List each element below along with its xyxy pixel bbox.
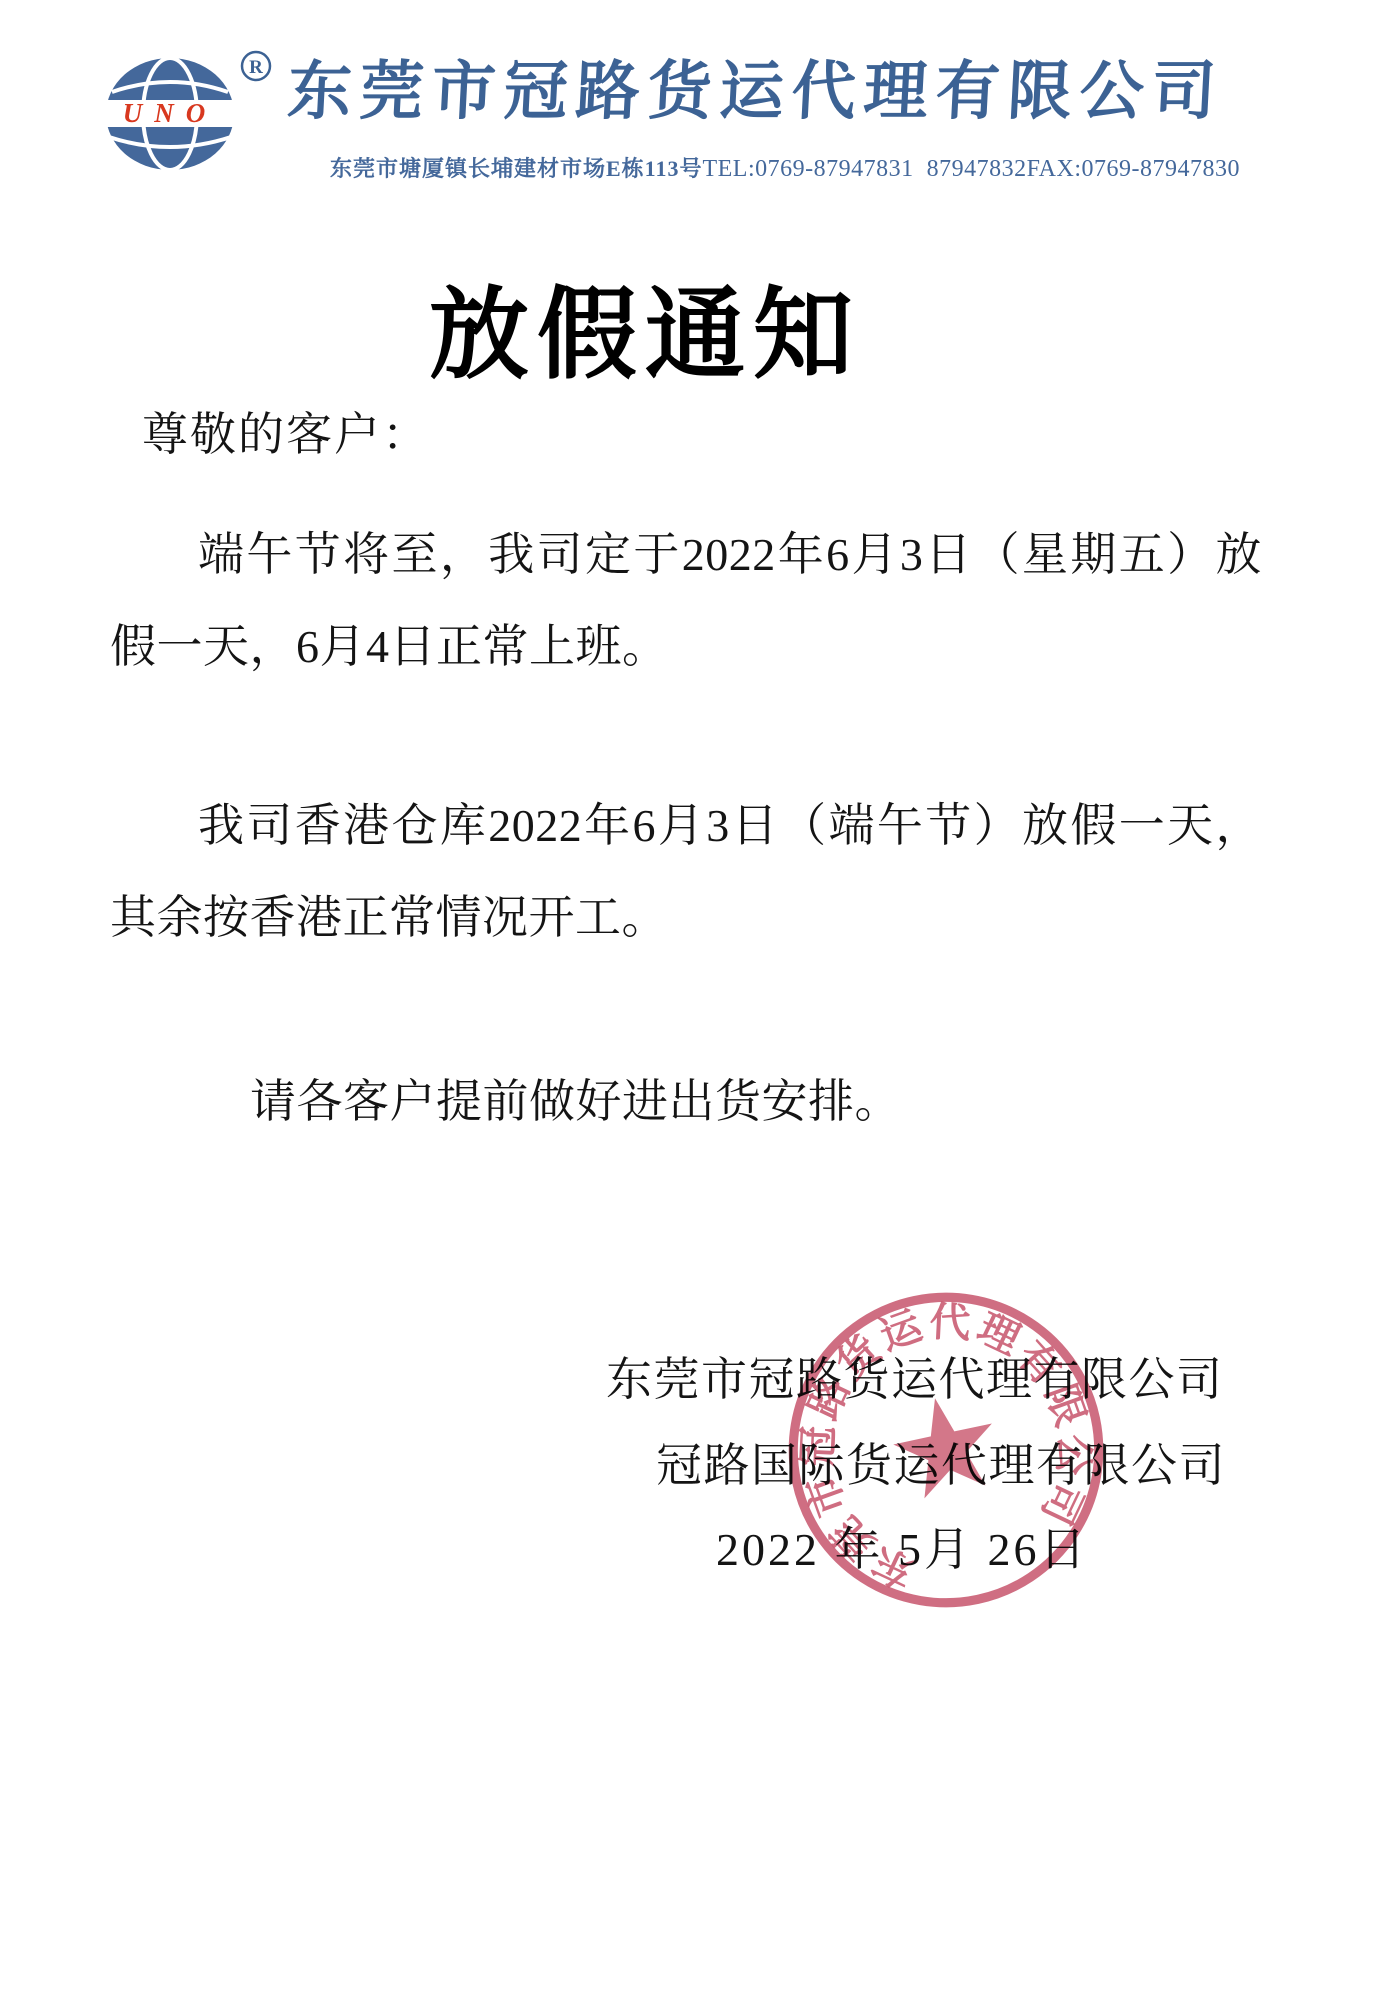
- header-contact-line: 东莞市塘厦镇长埔建材市场E栋113号 TEL:0769-87947831 879…: [330, 152, 1202, 183]
- notice-paragraph-3: 请各客户提前做好进出货安排。: [110, 1056, 1262, 1148]
- holiday-notice-document: UNO R 东莞市冠路货运代理有限公司 东莞市塘厦镇长埔建材市场E栋113号 T…: [0, 0, 1398, 1994]
- company-logo-globe: UNO R: [96, 44, 276, 176]
- logo-uno-text: UNO: [123, 98, 218, 128]
- signature-date: 2022 年 5月 26日: [716, 1522, 1089, 1577]
- signature-company-line2: 冠路国际货运代理有限公司: [656, 1438, 1226, 1493]
- greeting-line: 尊敬的客户：: [142, 398, 430, 464]
- notice-title: 放假通知: [0, 254, 1290, 398]
- header-company-name: 东莞市冠路货运代理有限公司: [286, 40, 1251, 132]
- company-tel: TEL:0769-87947831 87947832: [702, 156, 1026, 183]
- company-address: 东莞市塘厦镇长埔建材市场E栋113号: [330, 152, 702, 183]
- company-fax: FAX:0769-87947830: [1027, 156, 1240, 183]
- signature-company-line1: 东莞市冠路货运代理有限公司: [606, 1352, 1224, 1407]
- registered-mark-icon: R: [249, 57, 263, 78]
- notice-paragraph-1: 端午节将至，我司定于2022年6月3日（星期五）放假一天，6月4日正常上班。: [110, 509, 1262, 693]
- notice-paragraph-2: 我司香港仓库2022年6月3日（端午节）放假一天，其余按香港正常情况开工。: [110, 780, 1262, 964]
